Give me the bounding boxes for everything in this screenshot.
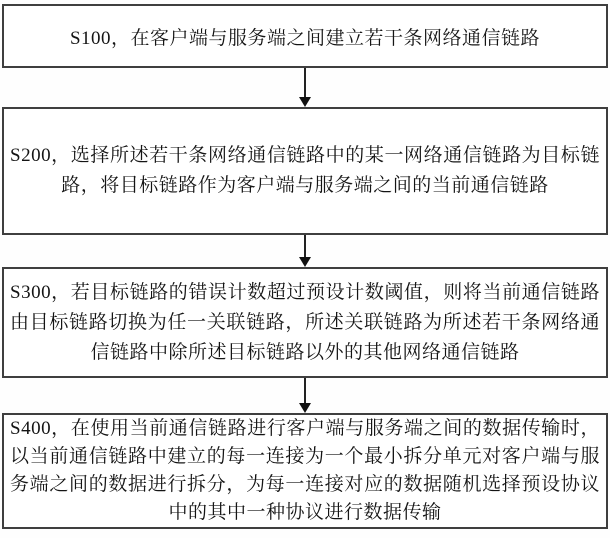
- arrow-shaft: [304, 378, 306, 403]
- arrow-down-connector-2: [0, 235, 610, 267]
- arrow-down-connector-1: [0, 68, 610, 107]
- flow-step-s400-text: S400，在使用当前通信链路进行客户端与服务端之间的数据传输时，以当前通信链路中…: [10, 415, 600, 527]
- arrow-down-icon: [299, 403, 311, 413]
- arrow-down-connector-3: [0, 378, 610, 413]
- flow-step-s300: S300，若目标链路的错误计数超过预设计数阈值，则将当前通信链路由目标链路切换为…: [2, 267, 608, 378]
- flow-step-s200-text: S200，选择所述若干条网络通信链路中的某一网络通信链路为目标链路，将目标链路作…: [10, 141, 600, 201]
- flow-step-s100-text: S100，在客户端与服务端之间建立若干条网络通信链路: [10, 23, 600, 50]
- arrow-shaft: [304, 235, 306, 257]
- flowchart-diagram: S100，在客户端与服务端之间建立若干条网络通信链路 S200，选择所述若干条网…: [0, 4, 610, 538]
- arrow-shaft: [304, 68, 306, 97]
- flow-step-s100: S100，在客户端与服务端之间建立若干条网络通信链路: [2, 4, 608, 68]
- arrow-down-icon: [299, 257, 311, 267]
- flow-step-s200: S200，选择所述若干条网络通信链路中的某一网络通信链路为目标链路，将目标链路作…: [2, 107, 608, 235]
- flow-step-s400: S400，在使用当前通信链路进行客户端与服务端之间的数据传输时，以当前通信链路中…: [2, 413, 608, 529]
- arrow-down-icon: [299, 97, 311, 107]
- flow-step-s300-text: S300，若目标链路的错误计数超过预设计数阈值，则将当前通信链路由目标链路切换为…: [10, 278, 600, 368]
